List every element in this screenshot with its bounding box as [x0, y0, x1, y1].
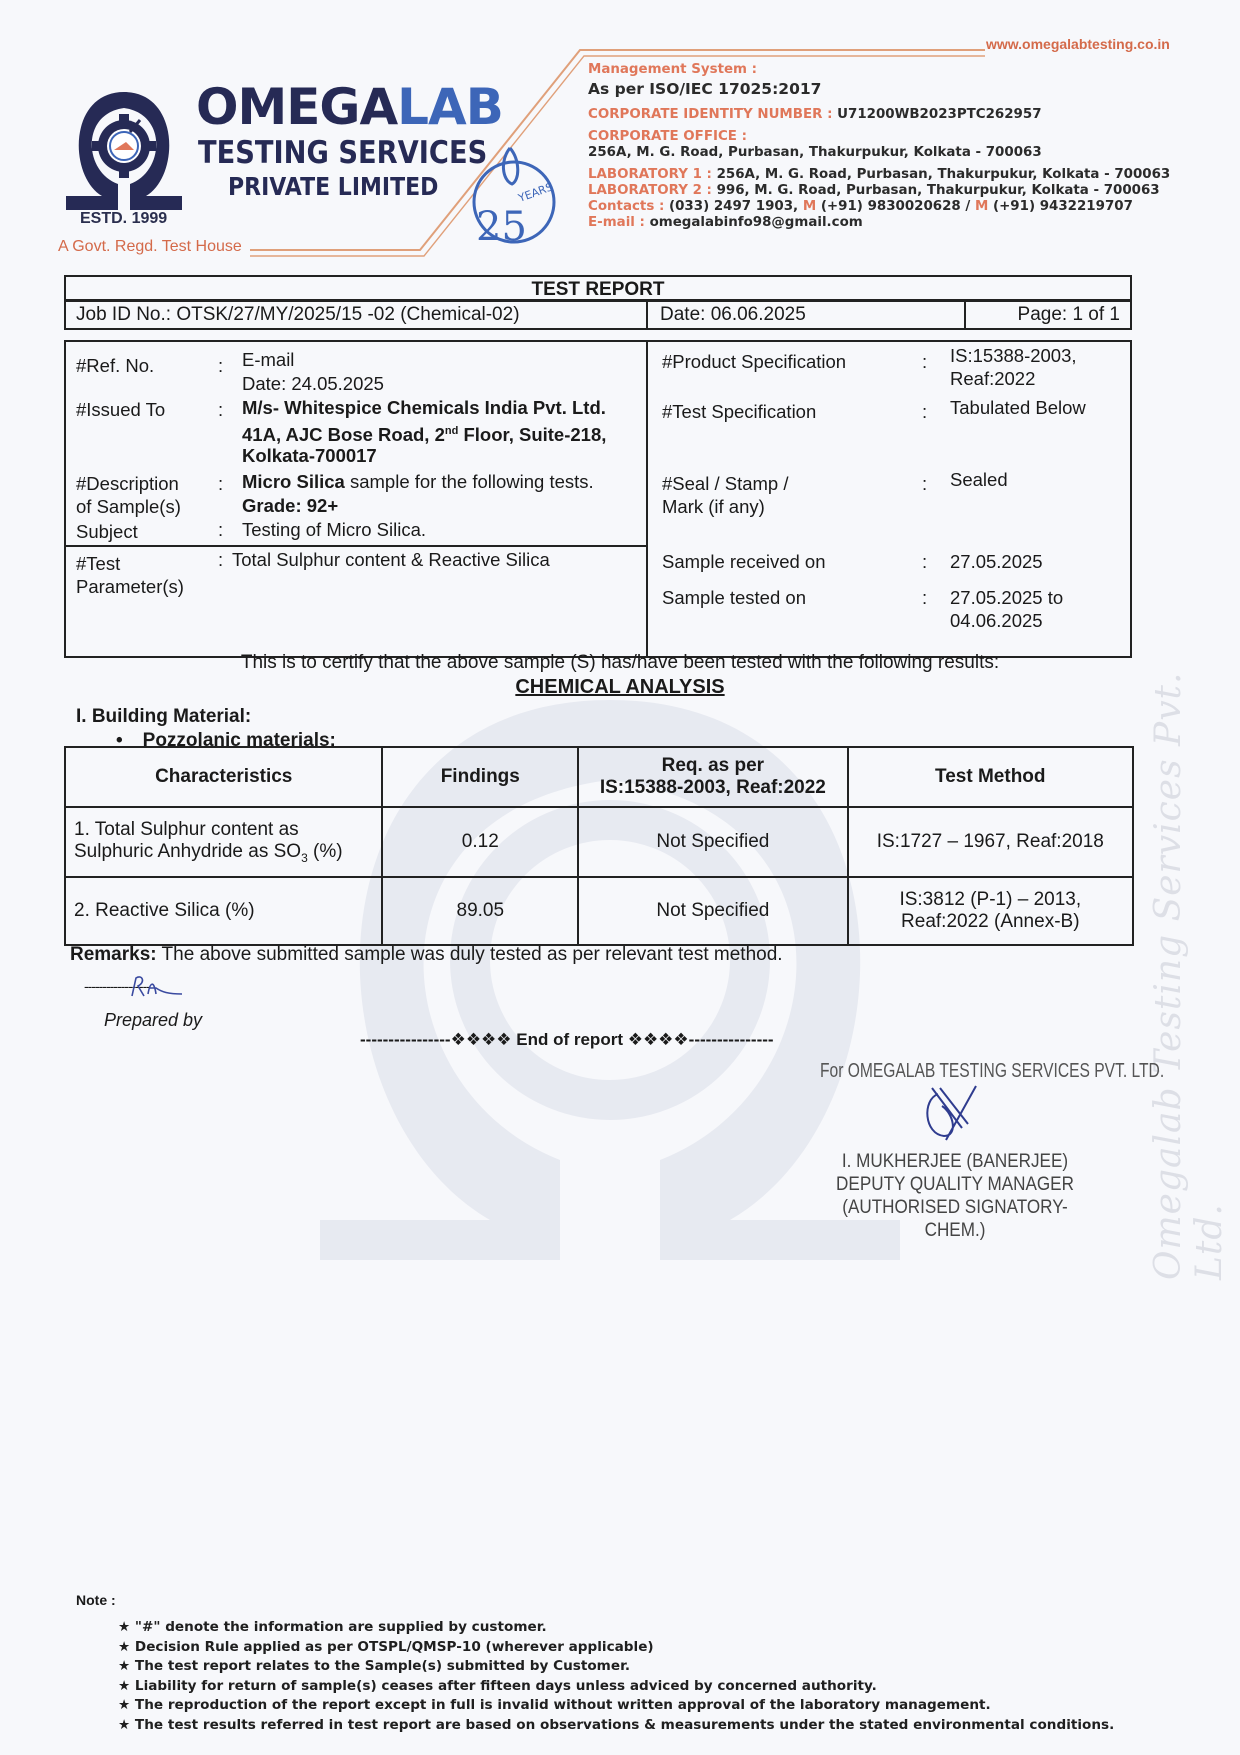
description-label: #Descriptionof Sample(s): [76, 472, 181, 518]
notes-heading: Note :: [76, 1592, 116, 1608]
issued-name: M/s- Whitespice Chemicals India Pvt. Ltd…: [242, 396, 606, 419]
subject-value: Testing of Micro Silica.: [242, 518, 426, 541]
note-item: ★ The reproduction of the report except …: [118, 1696, 1114, 1716]
job-id: Job ID No.: OTSK/27/MY/2025/15 -02 (Chem…: [76, 304, 520, 326]
report-meta-bar: Job ID No.: OTSK/27/MY/2025/15 -02 (Chem…: [64, 300, 1132, 330]
requirement: Not Specified: [578, 807, 847, 877]
brand-line-2: TESTING SERVICES: [198, 138, 487, 169]
tested-label: Sample tested on: [662, 586, 806, 609]
prepared-by: Prepared by: [104, 1010, 202, 1031]
brand-name: OMEGALAB: [196, 82, 503, 132]
table-header-row: Characteristics Findings Req. as perIS:1…: [65, 747, 1133, 807]
header-test-method: Test Method: [848, 747, 1133, 807]
omegalab-logo-icon: [62, 84, 186, 212]
ref-date: Date: 24.05.2025: [242, 372, 384, 395]
note-item: ★ Liability for return of sample(s) ceas…: [118, 1677, 1114, 1697]
issued-city: Kolkata-700017: [242, 444, 377, 467]
subject-label: Subject: [76, 520, 138, 543]
side-watermark: Omegalab Testing Services Pvt. Ltd.: [1148, 660, 1228, 1280]
seal-label: #Seal / Stamp /Mark (if any): [662, 472, 788, 518]
note-item: ★ Decision Rule applied as per OTSPL/QMS…: [118, 1638, 1114, 1658]
signatory-name: I. MUKHERJEE (BANERJEE): [834, 1150, 1077, 1173]
finding: 0.12: [382, 807, 578, 877]
signatory-company: For OMEGALAB TESTING SERVICES PVT. LTD.: [820, 1060, 1164, 1083]
report-date: Date: 06.06.2025: [660, 304, 806, 326]
product-spec-value: IS:15388-2003,Reaf:2022: [950, 344, 1077, 390]
section-title: CHEMICAL ANALYSIS: [0, 676, 1240, 699]
characteristic: 2. Reactive Silica (%): [65, 877, 382, 945]
requirement: Not Specified: [578, 877, 847, 945]
certification-statement: This is to certify that the above sample…: [0, 652, 1240, 674]
test-spec-value: Tabulated Below: [950, 396, 1086, 419]
notes-list: ★ "#" denote the information are supplie…: [118, 1618, 1114, 1736]
anniversary-badge-icon: Celebrating 25 Years of Journey 25 YEARS: [462, 140, 562, 250]
test-method: IS:3812 (P-1) – 2013,Reaf:2022 (Annex-B): [848, 877, 1133, 945]
description-value: Micro Silica sample for the following te…: [242, 470, 594, 493]
table-row: 1. Total Sulphur content asSulphuric Anh…: [65, 807, 1133, 877]
website-link[interactable]: www.omegalabtesting.co.in: [986, 36, 1170, 52]
issued-address: 41A, AJC Bose Road, 2nd Floor, Suite-218…: [242, 420, 606, 446]
signatory-details: I. MUKHERJEE (BANERJEE) DEPUTY QUALITY M…: [834, 1150, 1077, 1242]
issued-label: #Issued To: [76, 398, 165, 421]
note-item: ★ The test results referred in test repo…: [118, 1716, 1114, 1736]
signatory-role: (AUTHORISED SIGNATORY-CHEM.): [834, 1196, 1077, 1242]
signatory-designation: DEPUTY QUALITY MANAGER: [834, 1173, 1077, 1196]
svg-text:25: 25: [476, 204, 527, 250]
header-findings: Findings: [382, 747, 578, 807]
header-characteristics: Characteristics: [65, 747, 382, 807]
govt-tagline: A Govt. Regd. Test House: [58, 238, 242, 256]
results-table: Characteristics Findings Req. as perIS:1…: [64, 746, 1134, 946]
signatory-signature-icon: [918, 1084, 988, 1144]
test-method: IS:1727 – 1967, Reaf:2018: [848, 807, 1133, 877]
preparer-signature-icon: [128, 972, 188, 1002]
report-title: TEST REPORT: [66, 279, 1130, 301]
ref-label: #Ref. No.: [76, 354, 154, 377]
note-item: ★ The test report relates to the Sample(…: [118, 1657, 1114, 1677]
sample-details: #Ref. No. : E-mail Date: 24.05.2025 #Iss…: [64, 340, 1132, 658]
svg-text:YEARS: YEARS: [516, 180, 555, 205]
test-parameter-label: #TestParameter(s): [76, 552, 184, 598]
product-spec-label: #Product Specification: [662, 350, 846, 373]
report-title-bar: TEST REPORT: [64, 275, 1132, 301]
finding: 89.05: [382, 877, 578, 945]
grade: Grade: 92+: [242, 494, 338, 517]
brand-line-3: PRIVATE LIMITED: [228, 174, 438, 199]
test-parameter-value: Total Sulphur content & Reactive Silica: [232, 548, 550, 571]
remarks: Remarks: The above submitted sample was …: [70, 944, 783, 966]
email-link[interactable]: omegalabinfo98@gmail.com: [650, 215, 863, 230]
seal-value: Sealed: [950, 468, 1008, 491]
company-info: Management System : As per ISO/IEC 17025…: [588, 62, 1170, 231]
tested-value: 27.05.2025 to04.06.2025: [950, 586, 1063, 632]
test-spec-label: #Test Specification: [662, 400, 816, 423]
established-year: ESTD. 1999: [80, 210, 167, 228]
end-of-report: ----------------❖❖❖❖ End of report ❖❖❖❖-…: [360, 1030, 774, 1050]
received-label: Sample received on: [662, 550, 826, 573]
header-requirement: Req. as perIS:15388-2003, Reaf:2022: [578, 747, 847, 807]
category-heading: I. Building Material:: [76, 706, 251, 728]
received-value: 27.05.2025: [950, 550, 1043, 573]
table-row: 2. Reactive Silica (%) 89.05 Not Specifi…: [65, 877, 1133, 945]
characteristic: 1. Total Sulphur content asSulphuric Anh…: [65, 807, 382, 877]
ref-value: E-mail: [242, 348, 294, 371]
note-item: ★ "#" denote the information are supplie…: [118, 1618, 1114, 1638]
page-number: Page: 1 of 1: [1018, 304, 1120, 326]
